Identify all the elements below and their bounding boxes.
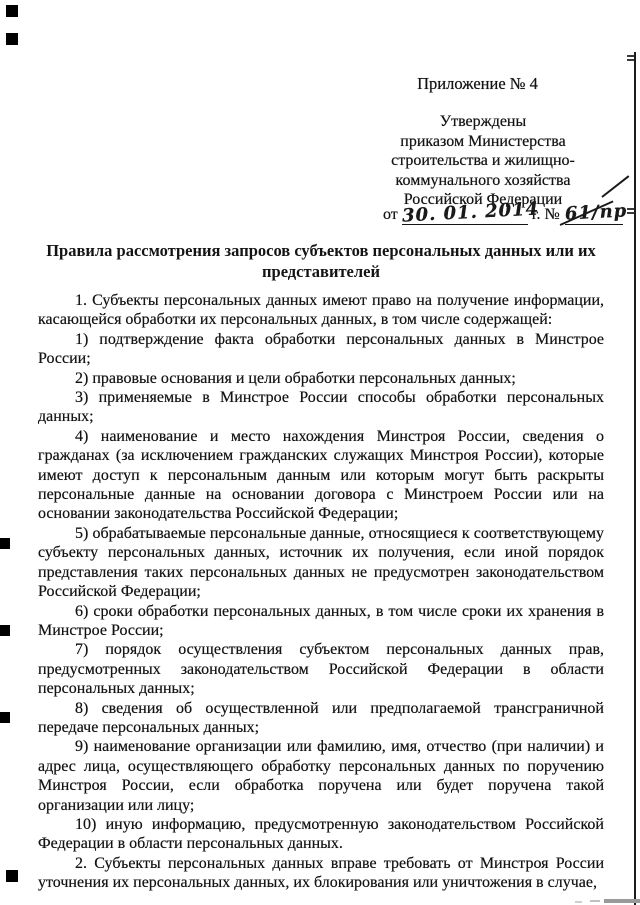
- scan-artifact-mark: [6, 33, 18, 45]
- signature-flourish: [601, 175, 629, 198]
- edge-tick-mark: [627, 55, 634, 57]
- document-paragraph: 2. Субъекты персональных данных вправе т…: [38, 854, 604, 893]
- scan-artifact-mark: [6, 870, 18, 882]
- document-paragraph: 8) сведения об осуществленной или предпо…: [38, 699, 604, 738]
- bottom-scan-mark: [590, 900, 600, 902]
- bottom-scan-mark: [604, 899, 640, 903]
- handwritten-date: 30. 01. 2014: [401, 198, 539, 226]
- scan-artifact-mark: [0, 625, 10, 636]
- scan-artifact-mark: [6, 5, 18, 17]
- document-paragraph: 2) правовые основания и цели обработки п…: [38, 369, 604, 388]
- number-underline: 61/пр: [565, 203, 623, 225]
- appendix-label: Приложение № 4: [370, 74, 585, 94]
- document-paragraph: 7) порядок осуществления субъектом персо…: [38, 640, 604, 698]
- approval-block: Утверждены приказом Министерства строите…: [378, 112, 588, 210]
- approval-line: строительства и жилищно-: [378, 151, 588, 171]
- document-body: 1. Субъекты персональных данных имеют пр…: [38, 291, 604, 893]
- document-paragraph: 10) иную информацию, предусмотренную зак…: [38, 815, 604, 854]
- document-paragraph: 3) применяемые в Минстрое России способы…: [38, 388, 604, 427]
- document-paragraph: 1. Субъекты персональных данных имеют пр…: [38, 291, 604, 330]
- document-paragraph: 6) сроки обработки персональных данных, …: [38, 602, 604, 641]
- scan-artifact-mark: [0, 538, 10, 549]
- scan-artifact-mark: [0, 712, 10, 723]
- edge-tick-mark: [627, 59, 634, 61]
- date-prefix-label: от: [383, 206, 398, 224]
- order-date-number-line: от30. 01. 2014г. №61/пр: [383, 203, 629, 225]
- document-title: Правила рассмотрения запросов субъектов …: [38, 240, 604, 282]
- approval-line: коммунального хозяйства: [378, 171, 588, 191]
- page-edge-line: [634, 52, 636, 905]
- approval-line: приказом Министерства: [378, 132, 588, 152]
- approval-line: Утверждены: [378, 112, 588, 132]
- handwritten-number: 61/пр: [564, 200, 627, 224]
- scanned-document-page: Приложение № 4 Утверждены приказом Минис…: [0, 0, 640, 905]
- bottom-scan-mark: [575, 901, 582, 903]
- document-paragraph: 1) подтверждение факта обработки персона…: [38, 330, 604, 369]
- date-underline: 30. 01. 2014: [402, 203, 528, 225]
- document-paragraph: 5) обрабатываемые персональные данные, о…: [38, 524, 604, 602]
- document-paragraph: 4) наименование и место нахождения Минст…: [38, 427, 604, 524]
- document-paragraph: 9) наименование организации или фамилию,…: [38, 737, 604, 815]
